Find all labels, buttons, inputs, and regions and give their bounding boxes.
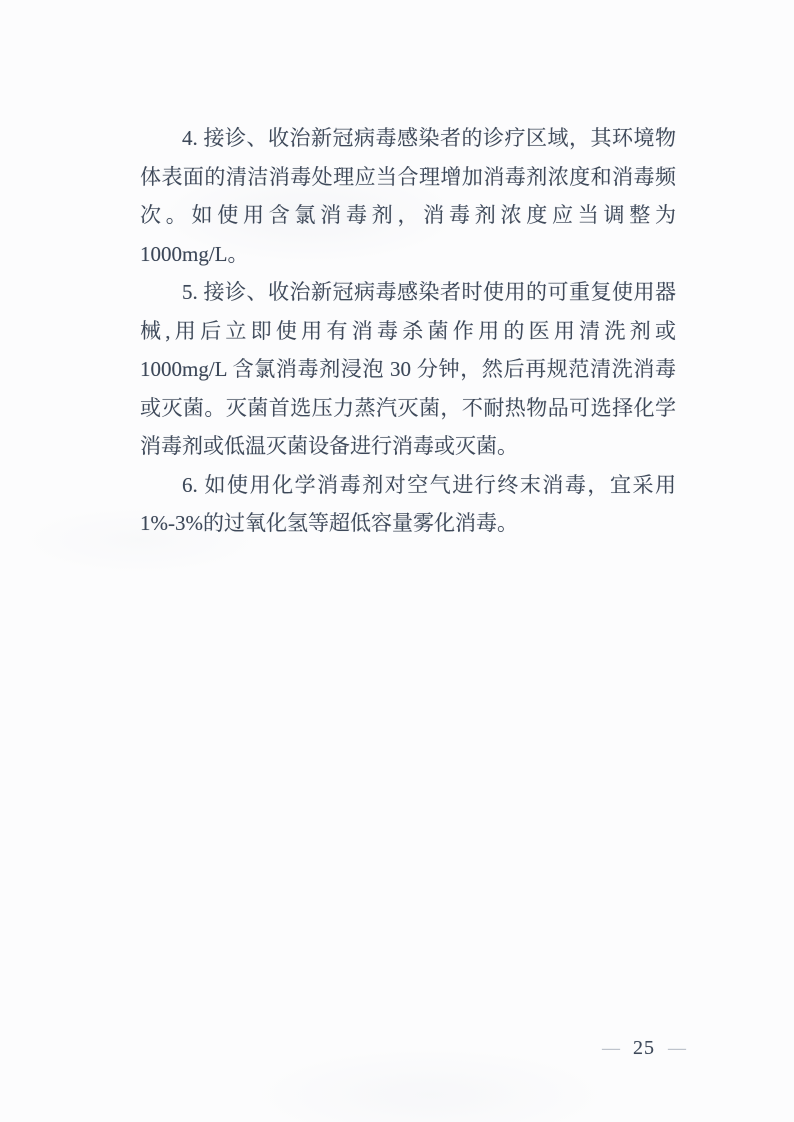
paragraph-item-6: 6. 如使用化学消毒剂对空气进行终末消毒，宜采用1%-3%的过氧化氢等超低容量雾… (140, 466, 676, 543)
document-page: 4. 接诊、收治新冠病毒感染者的诊疗区域，其环境物体表面的清洁消毒处理应当合理增… (0, 0, 794, 1122)
page-number-dash-right: — (668, 1038, 686, 1057)
page-number-dash-left: — (602, 1038, 620, 1057)
page-number: — 25 — (602, 1036, 686, 1060)
page-number-value: 25 (633, 1036, 655, 1060)
paragraph-item-4: 4. 接诊、收治新冠病毒感染者的诊疗区域，其环境物体表面的清洁消毒处理应当合理增… (140, 119, 676, 273)
body-text: 4. 接诊、收治新冠病毒感染者的诊疗区域，其环境物体表面的清洁消毒处理应当合理增… (140, 119, 676, 543)
paragraph-item-5: 5. 接诊、收治新冠病毒感染者时使用的可重复使用器械,用后立即使用有消毒杀菌作用… (140, 273, 676, 466)
